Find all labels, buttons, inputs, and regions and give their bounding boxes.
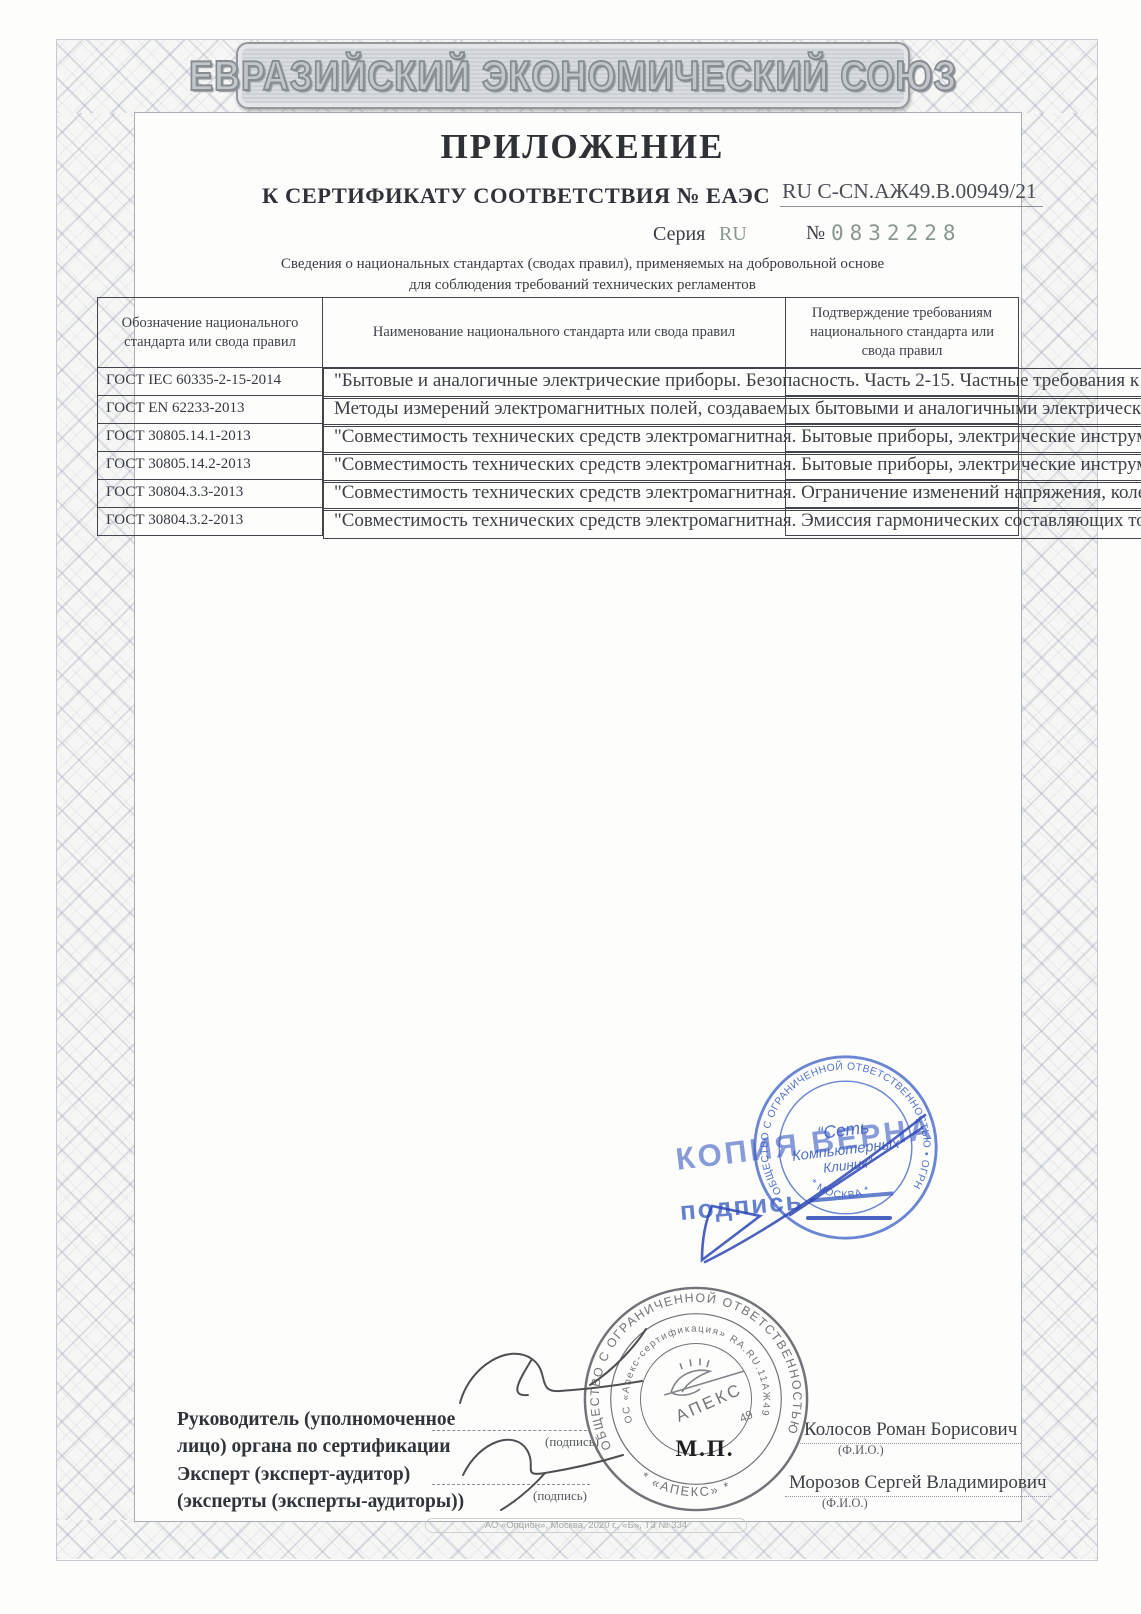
head-role-label: Руководитель (уполномоченное лицо) орган… [177, 1406, 455, 1460]
series-label: Серия [653, 223, 705, 246]
certificate-subtitle-label: К СЕРТИФИКАТУ СООТВЕТСТВИЯ № ЕАЭС [262, 183, 770, 208]
table-row: ГОСТ 30805.14.2-2013 "Совместимость техн… [98, 452, 1019, 480]
expert-role-line-1: Эксперт (эксперт-аудитор) [177, 1461, 464, 1488]
cell-code: ГОСТ 30805.14.1-2013 [98, 424, 323, 452]
certificate-subtitle: К СЕРТИФИКАТУ СООТВЕТСТВИЯ № ЕАЭСRU C-CN… [262, 183, 1043, 209]
standards-table: Обозначение национального стандарта или … [97, 297, 1019, 536]
header-name: Наименование национального стандарта или… [323, 298, 786, 368]
head-role-line-2: лицо) органа по сертификации [177, 1433, 455, 1460]
svg-text:* «АПЕКС» *: * «АПЕКС» * [639, 1469, 734, 1500]
expert-role-line-2: (эксперты (эксперты-аудиторы)) [177, 1488, 464, 1515]
table-row: ГОСТ 30805.14.1-2013 "Совместимость техн… [98, 424, 1019, 452]
cell-name: "Бытовые и аналогичные электрические при… [323, 368, 1141, 399]
table-row: ГОСТ IEC 60335-2-15-2014 "Бытовые и анал… [98, 368, 1019, 396]
head-role-line-1: Руководитель (уполномоченное [177, 1406, 455, 1433]
cell-code: ГОСТ EN 62233-2013 [98, 396, 323, 424]
signature-squiggle-expert [445, 1413, 645, 1517]
cell-code: ГОСТ 30804.3.2-2013 [98, 508, 323, 536]
certificate-number: RU C-CN.АЖ49.В.00949/21 [780, 179, 1043, 207]
cell-name: "Совместимость технических средств элект… [323, 424, 1141, 455]
blue-signature [660, 1090, 960, 1280]
table-row: ГОСТ 30804.3.3-2013 "Совместимость техни… [98, 480, 1019, 508]
apex-logo-number: 49 [737, 1407, 755, 1425]
table-header-row: Обозначение национального стандарта или … [98, 298, 1019, 368]
expert-fio-label: (Ф.И.О.) [822, 1496, 868, 1511]
head-name: Колосов Роман Борисович [800, 1419, 1021, 1444]
eaeu-banner-title: ЕВРАЗИЙСКИЙ ЭКОНОМИЧЕСКИЙ СОЮЗ [189, 51, 957, 99]
mp-mark: М.П. [672, 1436, 738, 1462]
number-sign: № [806, 222, 825, 245]
head-fio-label: (Ф.И.О.) [838, 1443, 884, 1458]
apex-ring-bottom: * «АПЕКС» * [639, 1469, 734, 1500]
border-pattern-right [1020, 113, 1097, 1520]
form-number: 0832228 [831, 221, 962, 245]
expert-name: Морозов Сергей Владимирович [785, 1472, 1051, 1497]
cell-name: "Совместимость технических средств элект… [323, 452, 1141, 483]
cell-code: ГОСТ 30804.3.3-2013 [98, 480, 323, 508]
cell-name: Методы измерений электромагнитных полей,… [323, 396, 1141, 427]
header-designation: Обозначение национального стандарта или … [98, 298, 323, 368]
series-value: RU [719, 223, 747, 246]
apex-logo-text: АПЕКС [673, 1379, 746, 1425]
header-confirmation: Подтверждение требованиям национального … [786, 298, 1019, 368]
imprint-note: АО «Опцион», Москва, 2020 г., «Б», ТЗ № … [425, 1518, 747, 1533]
cell-name: "Совместимость технических средств элект… [323, 480, 1141, 511]
table-row: ГОСТ EN 62233-2013 Методы измерений элек… [98, 396, 1019, 424]
table-row: ГОСТ 30804.3.2-2013 "Совместимость техни… [98, 508, 1019, 536]
certificate-page: ЕВРАЗИЙСКИЙ ЭКОНОМИЧЕСКИЙ СОЮЗ ПРИЛОЖЕНИ… [0, 0, 1141, 1614]
cell-code: ГОСТ IEC 60335-2-15-2014 [98, 368, 323, 396]
expert-role-label: Эксперт (эксперт-аудитор) (эксперты (экс… [177, 1461, 464, 1515]
eaeu-banner: ЕВРАЗИЙСКИЙ ЭКОНОМИЧЕСКИЙ СОЮЗ [236, 42, 910, 109]
note-line-1: Сведения о национальных стандартах (свод… [12, 256, 1141, 273]
cell-name: "Совместимость технических средств элект… [323, 508, 1141, 539]
doc-title: ПРИЛОЖЕНИЕ [12, 127, 1141, 167]
cell-code: ГОСТ 30805.14.2-2013 [98, 452, 323, 480]
note-line-2: для соблюдения требований технических ре… [12, 277, 1141, 294]
